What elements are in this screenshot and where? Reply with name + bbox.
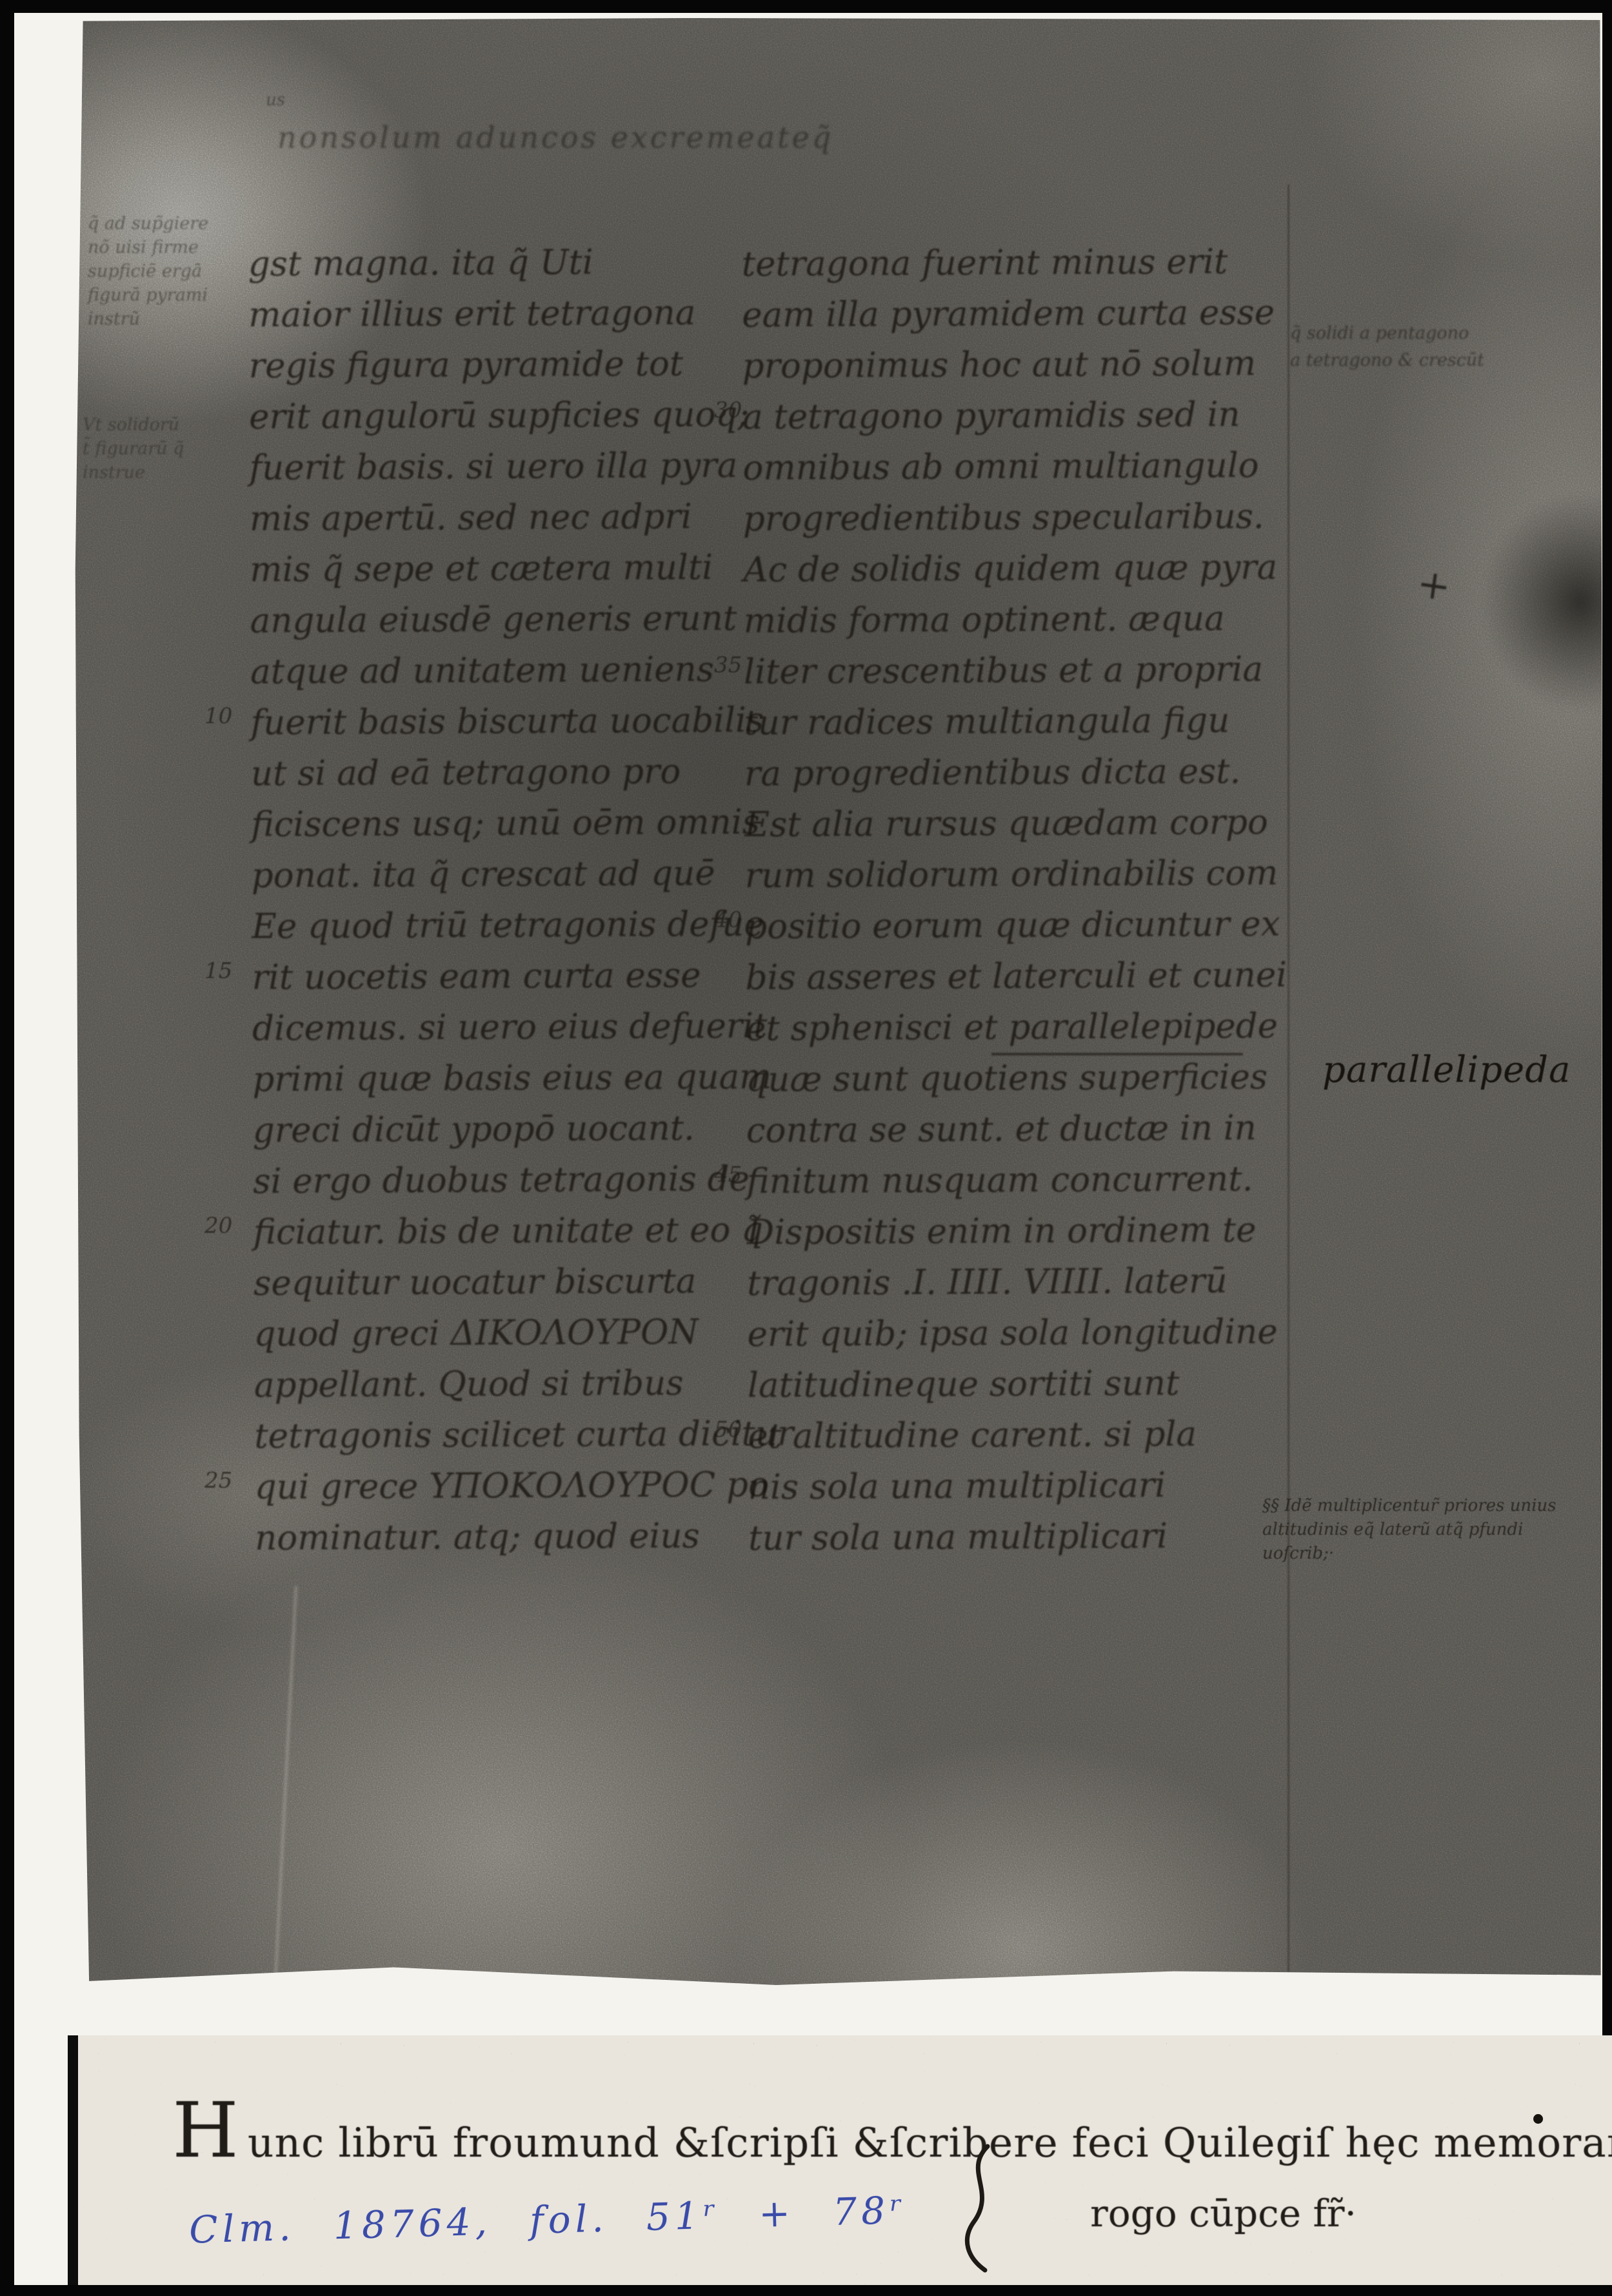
photograph-plate: us nonsolum aduncos excremeateq̃ q̃ ad s…: [0, 0, 1612, 2296]
line-number: 50: [714, 1417, 742, 1442]
page-edge-shadow: [1482, 492, 1612, 712]
line-number: 45: [714, 1162, 742, 1188]
line-number: 30: [714, 397, 742, 423]
flourish-stroke: [959, 2144, 1004, 2279]
margin-note-line: a tetragono & crescūt: [1290, 347, 1484, 374]
line-number: 40: [714, 907, 742, 933]
colophon-photo: Hunc librū froumund &ſcripſi &ſcribere f…: [68, 2035, 1612, 2285]
line-number: 35: [714, 652, 742, 678]
margin-note-line: altitudinis eq̃ laterũ atq̃ pfundi: [1262, 1518, 1557, 1542]
margin-note-line: §§ Idẽ multiplicentur̃ priores unius: [1262, 1494, 1557, 1518]
margin-gloss-parallelipeda: parallelipeda: [1322, 1049, 1571, 1091]
ink-dot: [1533, 2114, 1543, 2124]
underline-parallelepipede: [991, 1053, 1243, 1055]
column-ruling-line: [1288, 185, 1289, 1972]
manuscript-photo: us nonsolum aduncos excremeateq̃ q̃ ad s…: [72, 18, 1602, 1987]
colophon-line-2: rogo cūpce fr̃·: [1090, 2191, 1357, 2235]
right-margin-note-upper: q̃ solidi a pentagonoa tetragono & cresc…: [1290, 320, 1484, 374]
librarian-shelfmark-note: Clm. 18764, fol. 51ʳ + 78ʳ: [188, 2188, 908, 2251]
margin-note-line: uoſcrib;·: [1262, 1542, 1557, 1566]
right-margin-note-lower: §§ Idẽ multiplicentur̃ priores uniusalti…: [1262, 1494, 1557, 1566]
colophon-line-1: Hunc librū froumund &ſcripſi &ſcribere f…: [172, 2086, 1612, 2175]
photo-edge-bar: [68, 2035, 78, 2285]
margin-cross-mark: +: [1414, 559, 1454, 611]
line-numbers-right: 3035404550: [72, 18, 1602, 1987]
margin-note-line: q̃ solidi a pentagono: [1290, 320, 1484, 347]
